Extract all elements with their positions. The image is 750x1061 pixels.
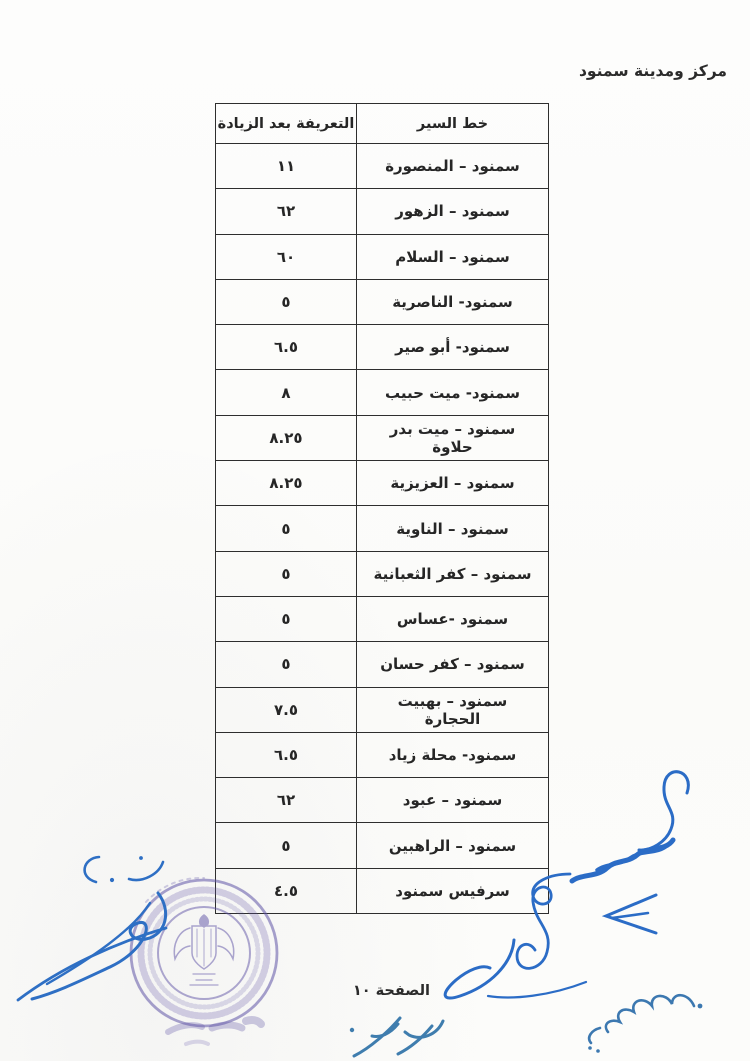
tariff-cell: ٦٢ (216, 778, 357, 823)
tariff-cell: ٨.٢٥ (216, 461, 357, 506)
tariff-cell: ٥ (216, 642, 357, 687)
routes-table-container: خط السير التعريفة بعد الزيادة سمنود – ال… (215, 103, 549, 914)
route-cell: سمنود – عبود (357, 778, 549, 823)
table-row: سمنود – المنصورة١١ (216, 144, 549, 189)
table-row: سمنود – ميت بدر حلاوة٨.٢٥ (216, 415, 549, 460)
table-row: سمنود – العزيزية٨.٢٥ (216, 461, 549, 506)
table-row: سمنود- الناصرية٥ (216, 279, 549, 324)
tariff-cell: ٨ (216, 370, 357, 415)
table-row: سمنود -عساس٥ (216, 596, 549, 641)
tariff-cell: ٥ (216, 506, 357, 551)
route-cell: سمنود – المنصورة (357, 144, 549, 189)
route-cell: سمنود – كفر حسان (357, 642, 549, 687)
table-row: سمنود – الراهبين٥ (216, 823, 549, 868)
route-cell: سرفيس سمنود (357, 868, 549, 913)
route-cell: سمنود -عساس (357, 596, 549, 641)
route-cell: سمنود- محلة زياد (357, 732, 549, 777)
routes-table-body: سمنود – المنصورة١١سمنود – الزهور٦٢سمنود … (216, 144, 549, 914)
routes-tariff-table: خط السير التعريفة بعد الزيادة سمنود – ال… (215, 103, 549, 914)
tariff-cell: ٦٢ (216, 189, 357, 234)
table-row: سرفيس سمنود٤.٥ (216, 868, 549, 913)
route-cell: سمنود- ميت حبيب (357, 370, 549, 415)
table-row: سمنود- ميت حبيب٨ (216, 370, 549, 415)
table-row: سمنود – الزهور٦٢ (216, 189, 549, 234)
table-header-row: خط السير التعريفة بعد الزيادة (216, 104, 549, 144)
table-row: سمنود- أبو صير٦.٥ (216, 325, 549, 370)
tariff-cell: ٦٠ (216, 234, 357, 279)
eagle-emblem (174, 915, 233, 985)
handwritten-name-bottom-right (588, 995, 702, 1053)
tariff-cell: ٨.٢٥ (216, 415, 357, 460)
tariff-cell: ٥ (216, 596, 357, 641)
tariff-cell: ٧.٥ (216, 687, 357, 732)
table-row: سمنود- محلة زياد٦.٥ (216, 732, 549, 777)
route-cell: سمنود- الناصرية (357, 279, 549, 324)
table-row: سمنود – كفر حسان٥ (216, 642, 549, 687)
page-number-label: الصفحة ١٠ (353, 983, 430, 999)
route-cell: سمنود – العزيزية (357, 461, 549, 506)
approval-signature-left (18, 856, 166, 1000)
route-cell: سمنود – الناوية (357, 506, 549, 551)
stamp-smudge (168, 1020, 261, 1044)
tariff-cell: ٥ (216, 551, 357, 596)
tariff-cell: ٦.٥ (216, 732, 357, 777)
document-title: مركز ومدينة سمنود (579, 62, 727, 80)
route-cell: سمنود – السلام (357, 234, 549, 279)
route-cell: سمنود- أبو صير (357, 325, 549, 370)
handwriting-bottom-center (350, 1018, 443, 1056)
tariff-column-header: التعريفة بعد الزيادة (216, 104, 357, 144)
route-cell: سمنود – الراهبين (357, 823, 549, 868)
route-cell: سمنود – بهبيت الحجارة (357, 687, 549, 732)
table-row: سمنود – السلام٦٠ (216, 234, 549, 279)
table-row: سمنود – كفر الثعبانية٥ (216, 551, 549, 596)
tariff-cell: ٦.٥ (216, 325, 357, 370)
tariff-cell: ٥ (216, 823, 357, 868)
route-cell: سمنود – كفر الثعبانية (357, 551, 549, 596)
table-row: سمنود – الناوية٥ (216, 506, 549, 551)
route-column-header: خط السير (357, 104, 549, 144)
route-cell: سمنود – ميت بدر حلاوة (357, 415, 549, 460)
scanned-document-page: مركز ومدينة سمنود خط السير التعريفة بعد … (0, 0, 750, 1061)
tariff-cell: ٤.٥ (216, 868, 357, 913)
tariff-cell: ٥ (216, 279, 357, 324)
route-cell: سمنود – الزهور (357, 189, 549, 234)
tariff-cell: ١١ (216, 144, 357, 189)
table-row: سمنود – بهبيت الحجارة٧.٥ (216, 687, 549, 732)
table-row: سمنود – عبود٦٢ (216, 778, 549, 823)
